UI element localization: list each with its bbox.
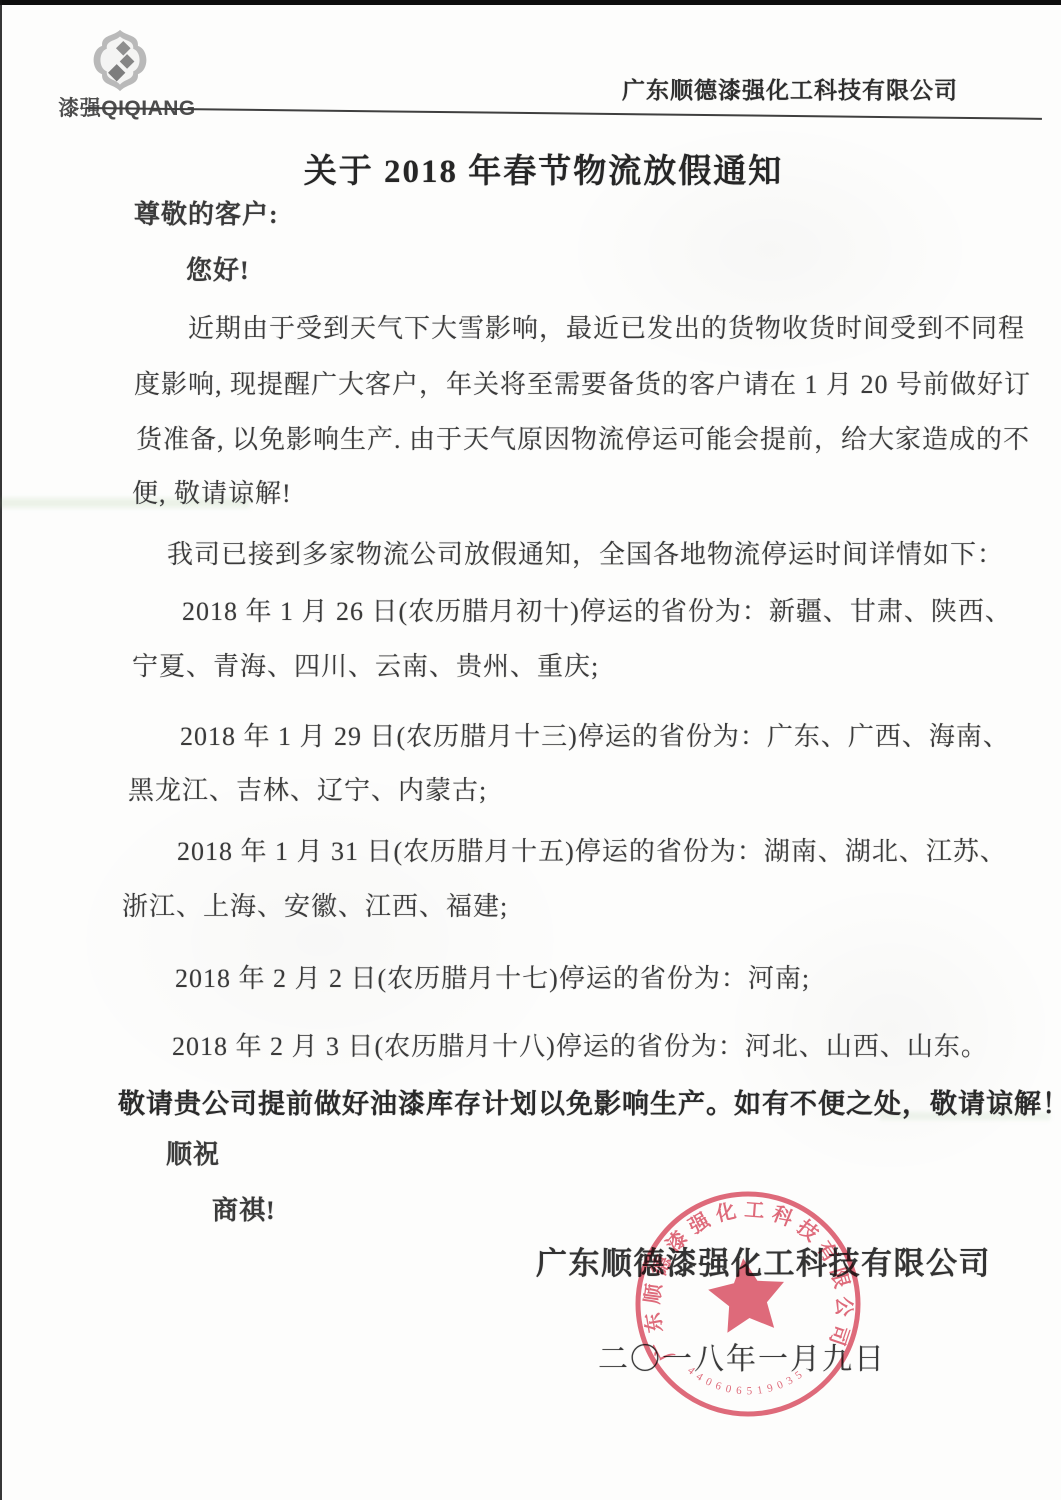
schedule-line: 2018 年 2 月 3 日(农历腊月十八)停运的省份为：河北、山西、山东。 xyxy=(172,1026,988,1063)
schedule-line: 浙江、上海、安徽、江西、福建; xyxy=(122,886,508,923)
schedule-line: 2018 年 2 月 2 日(农历腊月十七)停运的省份为：河南; xyxy=(175,958,810,995)
notice-line: 敬请贵公司提前做好油漆库存计划以免影响生产。如有不便之处，敬请谅解！ xyxy=(118,1082,1061,1121)
schedule-line: 宁夏、青海、四川、云南、贵州、重庆; xyxy=(132,646,599,683)
body-line: 度影响, 现提醒广大客户，年关将至需要备货的客户请在 1 月 20 号前做好订 xyxy=(134,364,1031,401)
scanned-letter-page: 漆强QIQIANG 广东顺德漆强化工科技有限公司 关于 2018 年春节物流放假… xyxy=(0,0,1061,1500)
schedule-line: 2018 年 1 月 26 日(农历腊月初十)停运的省份为：新疆、甘肃、陕西、 xyxy=(182,591,1012,628)
svg-text:440606519035: 440606519035 xyxy=(684,1353,808,1405)
schedule-line: 2018 年 1 月 31 日(农历腊月十五)停运的省份为：湖南、湖北、江苏、 xyxy=(177,831,1007,868)
salutation: 尊敬的客户: xyxy=(134,194,279,231)
qiqiang-emblem-icon xyxy=(89,28,151,94)
company-seal: 广东顺德漆强化工科技有限公司 440606519035 xyxy=(592,1148,904,1460)
header-company-name: 广东顺德漆强化工科技有限公司 xyxy=(622,72,958,105)
body-line: 货准备, 以免影响生产. 由于天气原因物流停运可能会提前，给大家造成的不 xyxy=(136,419,1030,456)
scan-left-edge xyxy=(0,0,2,1500)
header-divider xyxy=(86,107,1042,120)
brand-logo: 漆强QIQIANG xyxy=(52,26,202,118)
seal-star-icon xyxy=(705,1254,788,1334)
seal-serial: 440606519035 xyxy=(684,1353,808,1405)
body-line: 便, 敬请谅解! xyxy=(132,473,292,510)
scan-top-edge xyxy=(0,0,1061,5)
schedule-line: 2018 年 1 月 29 日(农历腊月十三)停运的省份为：广东、广西、海南、 xyxy=(180,716,1010,753)
schedule-line: 黑龙江、吉林、辽宁、内蒙古; xyxy=(128,770,487,807)
closing-shunzhu: 顺祝 xyxy=(166,1134,220,1171)
body-line: 我司已接到多家物流公司放假通知，全国各地物流停运时间详情如下： xyxy=(167,534,1004,571)
body-line: 近期由于受到天气下大雪影响，最近已发出的货物收货时间受到不同程 xyxy=(188,308,1025,345)
closing-shangqi: 商祺! xyxy=(212,1190,276,1227)
scan-blotch xyxy=(60,760,580,1120)
letter-title: 关于 2018 年春节物流放假通知 xyxy=(0,145,1061,192)
greeting: 您好! xyxy=(186,250,250,287)
